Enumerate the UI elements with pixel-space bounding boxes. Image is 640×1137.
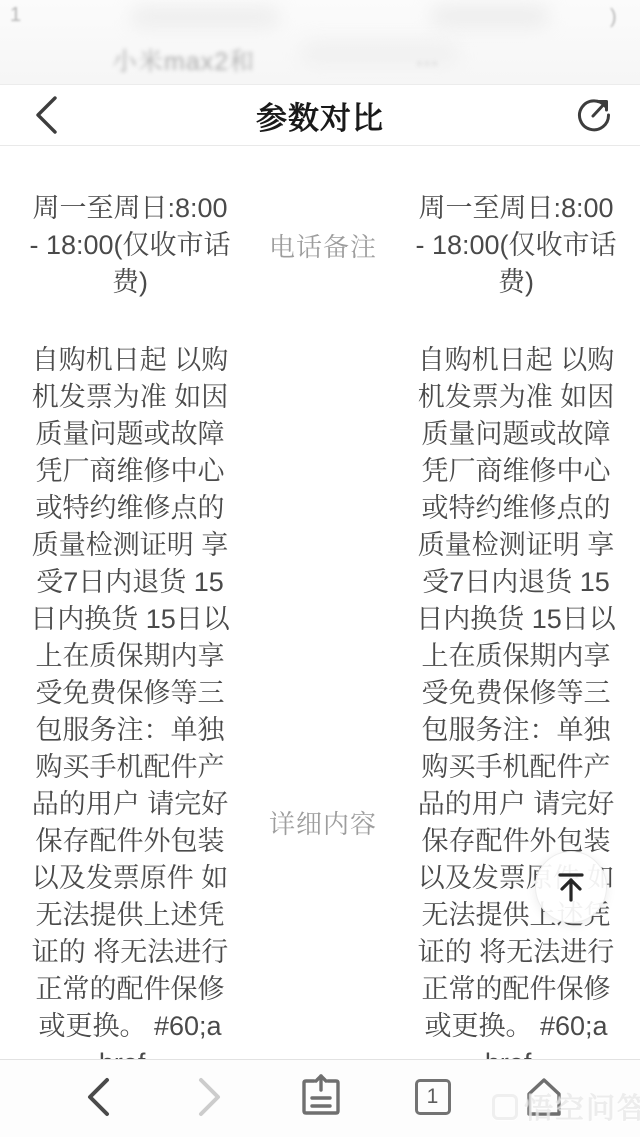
spec-text-line: 正常的配件保修 (400, 971, 632, 1008)
page-title: 参数对比 (0, 93, 640, 138)
spec-text-line: 费) (14, 264, 246, 301)
blurred-status-strip: 1 ) 小米max2和 … (0, 0, 640, 85)
spec-text-line: 机发票为准 如因 (400, 379, 632, 416)
spec-text-line: 以及发票原件 如 (14, 860, 246, 897)
spec-text-line: 证的 将无法进行 (14, 934, 246, 971)
spec-text-line: 或更换。 #60;a (14, 1008, 246, 1045)
comparison-content: 周一至周日:8:00- 18:00(仅收市话费) 电话备注 周一至周日:8:00… (0, 146, 640, 1059)
spec-text-line: href= (14, 1045, 246, 1059)
spec-text-line: 日内换货 15日以 (400, 601, 632, 638)
spec-text-line: 购买手机配件产 (14, 749, 246, 786)
spec-text-line: 凭厂商维修中心 (400, 453, 632, 490)
spec-cell-right: 自购机日起 以购机发票为准 如因质量问题或故障凭厂商维修中心或特约维修点的质量检… (400, 342, 632, 1059)
navigation-bar: 参数对比 (0, 85, 640, 146)
toolbar-back-button[interactable] (72, 1071, 124, 1123)
spec-text-line: 凭厂商维修中心 (14, 453, 246, 490)
spec-text-line: 证的 将无法进行 (400, 934, 632, 971)
toolbar-forward-button[interactable] (184, 1071, 236, 1123)
attribute-label: 详细内容 (246, 804, 400, 841)
house-icon (521, 1074, 567, 1120)
spec-text-line: 质量问题或故障 (400, 416, 632, 453)
status-fragment-right: ) (610, 6, 617, 29)
mobile-browser-screen: 1 ) 小米max2和 … 参数对比 周一至周日 (0, 0, 640, 1137)
spec-text-line: 无法提供上述凭 (14, 897, 246, 934)
spec-cell-left: 周一至周日:8:00- 18:00(仅收市话费) (14, 190, 246, 301)
spec-text-line: 正常的配件保修 (14, 971, 246, 1008)
spec-text-line: 机发票为准 如因 (14, 379, 246, 416)
spec-text-line: 日内换货 15日以 (14, 601, 246, 638)
spec-cell-left: 自购机日起 以购机发票为准 如因质量问题或故障凭厂商维修中心或特约维修点的质量检… (14, 342, 246, 1059)
spec-text-line: - 18:00(仅收市话 (400, 227, 632, 264)
attribute-label: 电话备注 (269, 227, 377, 264)
numbered-square-icon: 1 (415, 1079, 451, 1115)
spec-text-line: 受免费保修等三 (14, 675, 246, 712)
spec-text-line: 包服务注：单独 (14, 712, 246, 749)
toolbar-tabs-button[interactable]: 1 (407, 1071, 459, 1123)
blurred-question-tail: … (415, 44, 439, 72)
spec-text-line: 自购机日起 以购 (400, 342, 632, 379)
spec-text-line: 受免费保修等三 (400, 675, 632, 712)
spec-text-line: 保存配件外包装 (14, 823, 246, 860)
spec-text-line: 上在质保期内享 (14, 638, 246, 675)
spec-cell-right: 周一至周日:8:00- 18:00(仅收市话费) (400, 190, 632, 301)
attribute-cell: 电话备注 (246, 190, 400, 301)
back-button[interactable] (22, 91, 70, 139)
browser-toolbar: 1 (0, 1059, 640, 1137)
spec-text-line: 周一至周日:8:00 (400, 190, 632, 227)
spec-text-line: 品的用户 请完好 (400, 786, 632, 823)
chevron-right-icon (196, 1075, 224, 1119)
comparison-row-phone-note: 周一至周日:8:00- 18:00(仅收市话费) 电话备注 周一至周日:8:00… (0, 190, 640, 301)
spec-text-line: 质量检测证明 享 (400, 527, 632, 564)
chevron-left-icon (31, 94, 61, 136)
attribute-cell: 详细内容 (246, 342, 400, 1059)
spec-text-line: 或更换。 #60;a (400, 1008, 632, 1045)
spec-text-line: 受7日内退货 15 (14, 564, 246, 601)
arrow-out-of-circle-icon (572, 93, 616, 137)
blur-blob (430, 4, 550, 28)
spec-text-line: 质量问题或故障 (14, 416, 246, 453)
spec-text-line: 受7日内退货 15 (400, 564, 632, 601)
toolbar-share-button[interactable] (295, 1071, 347, 1123)
spec-text-line: 购买手机配件产 (400, 749, 632, 786)
back-to-top-button[interactable] (535, 851, 607, 923)
spec-text-line: 费) (400, 264, 632, 301)
blur-blob (130, 6, 280, 28)
status-fragment-left: 1 (10, 4, 21, 27)
chevron-left-icon (84, 1075, 112, 1119)
comparison-row-detail: 自购机日起 以购机发票为准 如因质量问题或故障凭厂商维修中心或特约维修点的质量检… (0, 342, 640, 1059)
spec-text-line: 或特约维修点的 (14, 490, 246, 527)
arrow-up-to-bar-icon (551, 867, 591, 907)
spec-text-line: 质量检测证明 享 (14, 527, 246, 564)
spec-text-line: - 18:00(仅收市话 (14, 227, 246, 264)
blurred-question-title: 小米max2和 (112, 42, 255, 78)
spec-text-line: 自购机日起 以购 (14, 342, 246, 379)
spec-text-line: 上在质保期内享 (400, 638, 632, 675)
tab-count: 1 (427, 1085, 439, 1109)
spec-text-line: 包服务注：单独 (400, 712, 632, 749)
spec-text-line: 保存配件外包装 (400, 823, 632, 860)
open-external-button[interactable] (570, 91, 618, 139)
spec-text-line: 周一至周日:8:00 (14, 190, 246, 227)
spec-text-line: href= (400, 1045, 632, 1059)
spec-text-line: 品的用户 请完好 (14, 786, 246, 823)
toolbar-home-button[interactable] (518, 1071, 570, 1123)
tray-up-arrow-icon (297, 1073, 345, 1121)
spec-text-line: 或特约维修点的 (400, 490, 632, 527)
